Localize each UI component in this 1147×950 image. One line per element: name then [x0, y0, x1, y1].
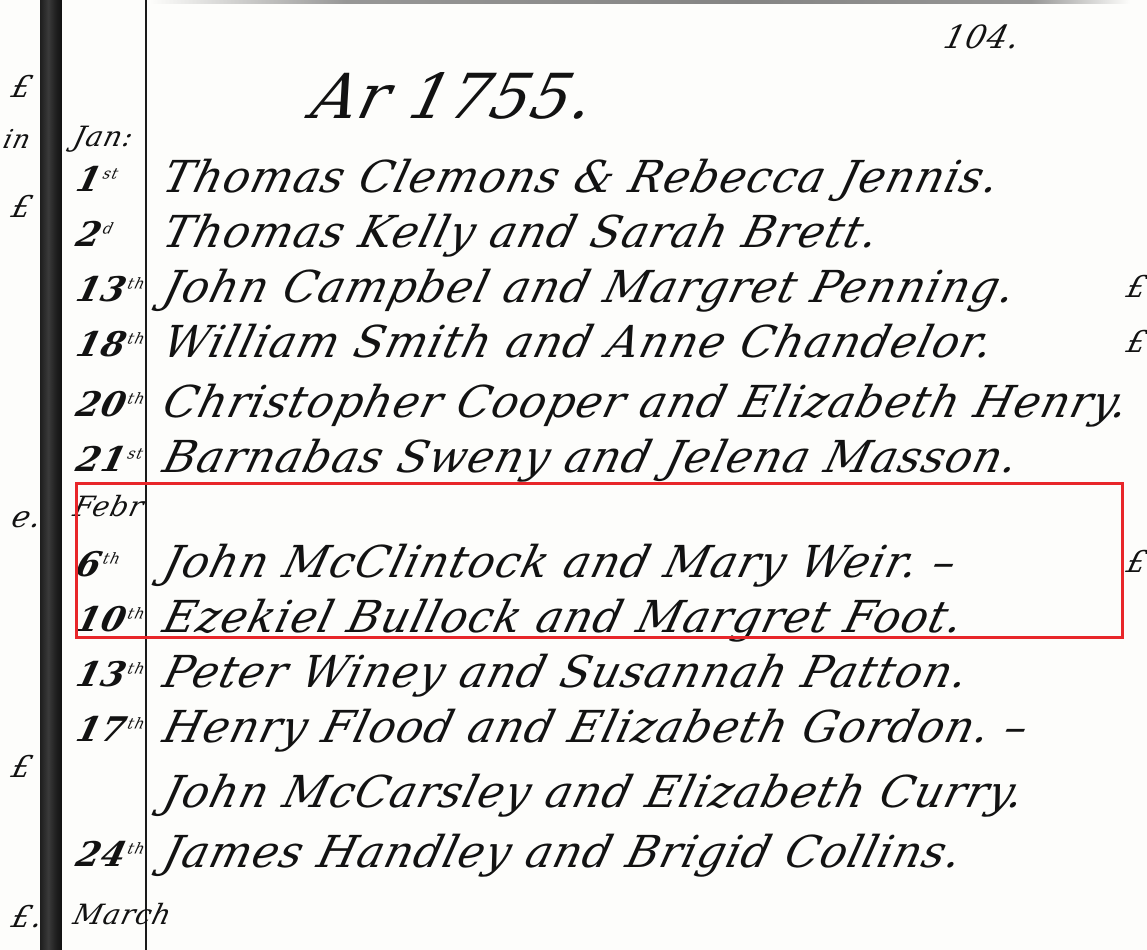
entry-date: 1st [72, 160, 122, 200]
entry-names: Christopher Cooper and Elizabeth Henry. [158, 377, 1134, 428]
binding-margin-text: in [0, 125, 35, 155]
register-page: 104. Ar 1755. in Jan:FebrMarch 1stThomas… [0, 0, 1147, 950]
date-suffix: st [101, 165, 121, 183]
right-margin-mark: £ [1123, 545, 1147, 580]
entry-date: 20th [72, 385, 149, 425]
entry-names: Thomas Kelly and Sarah Brett. [158, 207, 885, 258]
left-margin-mark: £ [8, 190, 37, 225]
cropped-top-line [150, 0, 1130, 4]
entry-date: 13th [72, 655, 149, 695]
entry-date: 13th [72, 270, 149, 310]
entry-date: 21st [72, 440, 147, 480]
entry-names: John Campbel and Margret Penning. [158, 262, 1021, 313]
entry-date: 2d [72, 215, 117, 255]
entry-names: William Smith and Anne Chandelor. [158, 317, 999, 368]
left-margin-mark: £ [8, 750, 37, 785]
page-number: 104. [940, 18, 1025, 56]
month-label: March [70, 898, 176, 931]
entry-date: 24th [72, 835, 149, 875]
entry-names: Barnabas Sweny and Jelena Masson. [158, 432, 1024, 483]
date-column-rule [145, 0, 147, 950]
year-heading: Ar 1755. [305, 60, 603, 133]
entry-names: James Handley and Brigid Collins. [158, 827, 968, 878]
entry-date: 17th [72, 710, 149, 750]
left-margin-mark: £ [8, 70, 37, 105]
entry-date: 18th [72, 325, 149, 365]
right-margin-mark: £ [1123, 325, 1147, 360]
highlight-box [75, 482, 1124, 639]
entry-names: Henry Flood and Elizabeth Gordon. – [158, 702, 1034, 753]
date-suffix: d [101, 220, 116, 238]
entry-names: John McCarsley and Elizabeth Curry. [158, 767, 1030, 818]
book-binding [40, 0, 62, 950]
right-margin-mark: £ [1123, 270, 1147, 305]
entry-names: Thomas Clemons & Rebecca Jennis. [158, 152, 1005, 203]
date-suffix: st [126, 445, 146, 463]
month-label: Jan: [70, 120, 138, 153]
entry-names: Peter Winey and Susannah Patton. [158, 647, 974, 698]
